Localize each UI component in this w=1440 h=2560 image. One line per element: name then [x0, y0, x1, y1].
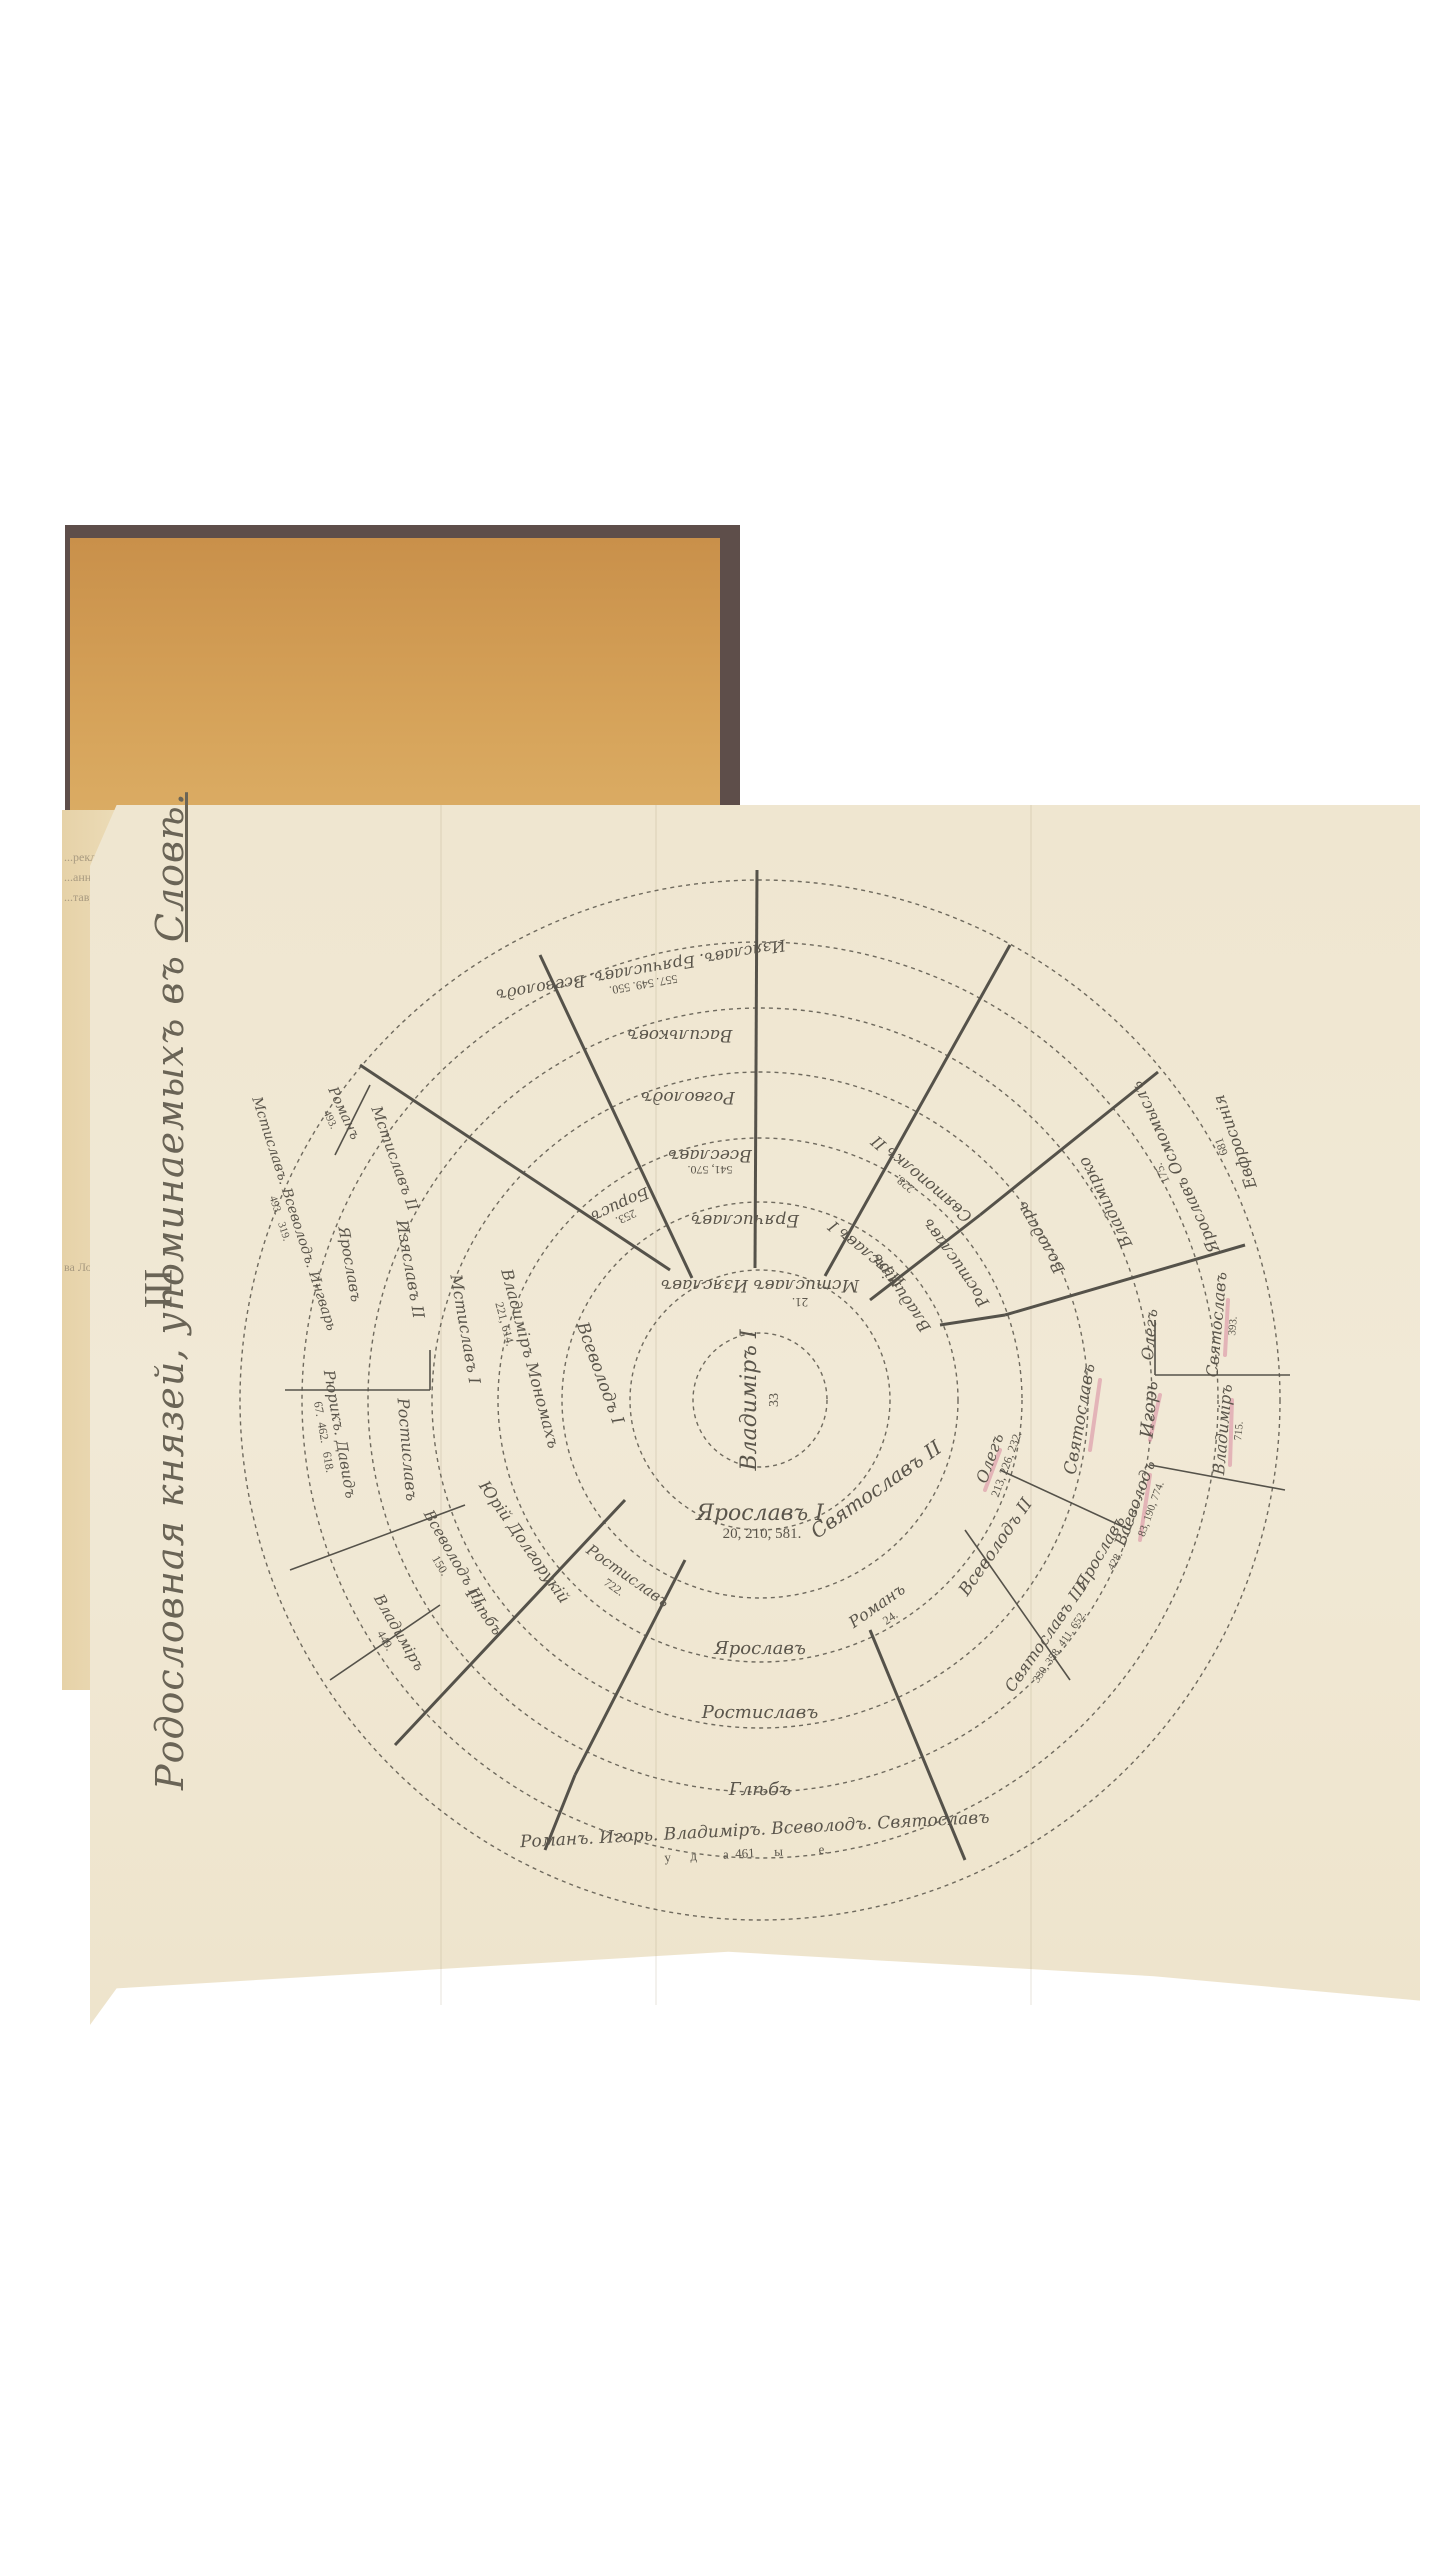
genealogy-wheel: Владиміръ I 33 Ярославъ I 20, 210, 581. …: [0, 0, 1440, 2560]
node-izyaslav-ii: Изяславъ II: [392, 1217, 428, 1320]
label: Изяславъ. Брячиславъ. Всеволодъ: [495, 935, 788, 1005]
label: Мстиславъ I: [446, 1272, 484, 1386]
divider-izyaslav: [825, 945, 1010, 1276]
label: Всеславъ: [668, 1145, 753, 1165]
label: Владимірко: [1074, 1154, 1137, 1252]
node-svyatoslav-393: Святославъ 393.: [1202, 1271, 1243, 1379]
node-root: Владиміръ I 33: [737, 1328, 782, 1471]
node-igor: Игорь: [1136, 1380, 1162, 1440]
root-ref: 33: [767, 1393, 782, 1407]
label: Олегъ: [1138, 1308, 1161, 1361]
label: Святославъ III: [1001, 1578, 1091, 1696]
node-yaroslav-i: Ярославъ I: [695, 1501, 825, 1526]
label: Ростиславъ: [582, 1540, 673, 1611]
node-rostislav-m: Ростиславъ: [393, 1396, 421, 1502]
node-mstislav-i: Мстиславъ I: [446, 1272, 484, 1386]
node-bryachislav: Брячиславъ: [691, 1210, 800, 1230]
node-vladimir-715: Владиміръ 715.: [1209, 1383, 1249, 1478]
node-polotsk-outer: Изяславъ. Брячиславъ. Всеволодъ 557. 549…: [495, 935, 790, 1017]
label: Мстиславъ II: [367, 1103, 422, 1214]
node-mstislav-izyaslav: Мстиславъ Изяславъ 21.: [661, 1275, 860, 1310]
label: Ярославъ Осмомыслъ: [1127, 1078, 1224, 1257]
node-vladimirko: Владимірко: [1074, 1154, 1137, 1252]
label: Ростиславъ: [393, 1396, 421, 1502]
root-name: Владиміръ I: [737, 1328, 762, 1471]
ref: у д а 461 ы е.: [664, 1841, 828, 1865]
label: Ростиславъ: [918, 1215, 994, 1311]
label: Всеволодъ II: [954, 1494, 1037, 1600]
divider-chernigov-inner: [940, 1315, 1005, 1325]
node-rogvolod: Рогволодъ: [641, 1087, 736, 1107]
node-vsevolod-ii: Всеволодъ II: [954, 1494, 1037, 1600]
node-rostislav-g4: Ростиславъ: [918, 1215, 994, 1311]
label: Романъ: [844, 1579, 908, 1632]
node-rurik-david: Рюрикъ. Давидъ 67. 462. 618.: [306, 1368, 360, 1503]
node-vladimir-449: Владиміръ 449.: [358, 1590, 429, 1681]
label: Юрій Долгорукій: [475, 1476, 574, 1606]
node-vseslav: Всеславъ 541, 570.: [668, 1145, 753, 1177]
label: Мстиславъ Изяславъ: [661, 1275, 860, 1295]
node-svyatoslav-iii: Святославъ III 330, 358, 411, 652.: [1001, 1578, 1103, 1704]
node-svyatoslav-ii: Святославъ II: [806, 1435, 947, 1544]
node-vasilko: Васильковъ: [628, 1025, 734, 1045]
node-mstislav-ii: Мстиславъ II: [367, 1103, 422, 1214]
sub-dividers: [285, 1085, 1290, 1680]
label: Мстиславъ. Всеволодъ. Ингварь: [248, 1094, 339, 1333]
label: Васильковъ: [628, 1025, 734, 1045]
ref: 541, 570.: [688, 1163, 733, 1177]
node-evfrosinia: Евфросинія 681: [1198, 1092, 1261, 1196]
label: Владиміръ Мономахъ: [497, 1266, 563, 1451]
label: Ярославъ: [334, 1224, 365, 1303]
label: Всеволодъ I: [572, 1318, 628, 1427]
node-boris: Борисъ 253.: [588, 1183, 657, 1237]
label: Игорь: [1136, 1380, 1162, 1440]
divider-polotsk-east: [755, 870, 757, 1268]
node-yuri-dolgoruky: Юрій Долгорукій: [475, 1476, 574, 1606]
label: Изяславъ II: [392, 1217, 428, 1320]
ref: 715.: [1232, 1421, 1246, 1441]
node-yaroslav-i-ref: 20, 210, 581.: [723, 1526, 802, 1542]
ref: 393.: [1226, 1316, 1240, 1336]
node-roman-24: Романъ 24.: [844, 1579, 917, 1644]
node-oleg: Олегъ 213, 226, 232.: [969, 1422, 1025, 1498]
node-ryazan-outer: Романъ. Игорь. Владиміръ. Всеволодъ. Свя…: [519, 1808, 991, 1873]
node-yaroslav-g5: Ярославъ: [713, 1638, 806, 1659]
node-yaroslav-m: Ярославъ: [334, 1224, 365, 1303]
label: Брячиславъ: [691, 1210, 800, 1230]
label: Рогволодъ: [641, 1087, 736, 1107]
node-volodar: Володарь: [1012, 1198, 1069, 1278]
label: Володарь: [1012, 1198, 1069, 1278]
node-gleb-g7: Глѣбъ: [728, 1779, 791, 1800]
label: Святополкъ II: [867, 1131, 976, 1226]
node-monomakh: Владиміръ Мономахъ 221, 614.: [484, 1266, 563, 1454]
divider-polotsk-west: [540, 955, 692, 1278]
node-rostislav-g6: Ростиславъ: [701, 1702, 818, 1723]
node-mstislav-vsevolod-ingvar: Мстиславъ. Всеволодъ. Ингварь 493. 319.: [236, 1094, 340, 1337]
ref: 21.: [792, 1295, 808, 1310]
node-oleg-g7: Олегъ: [1138, 1308, 1161, 1361]
node-vsevolod-i: Всеволодъ I: [572, 1318, 628, 1427]
